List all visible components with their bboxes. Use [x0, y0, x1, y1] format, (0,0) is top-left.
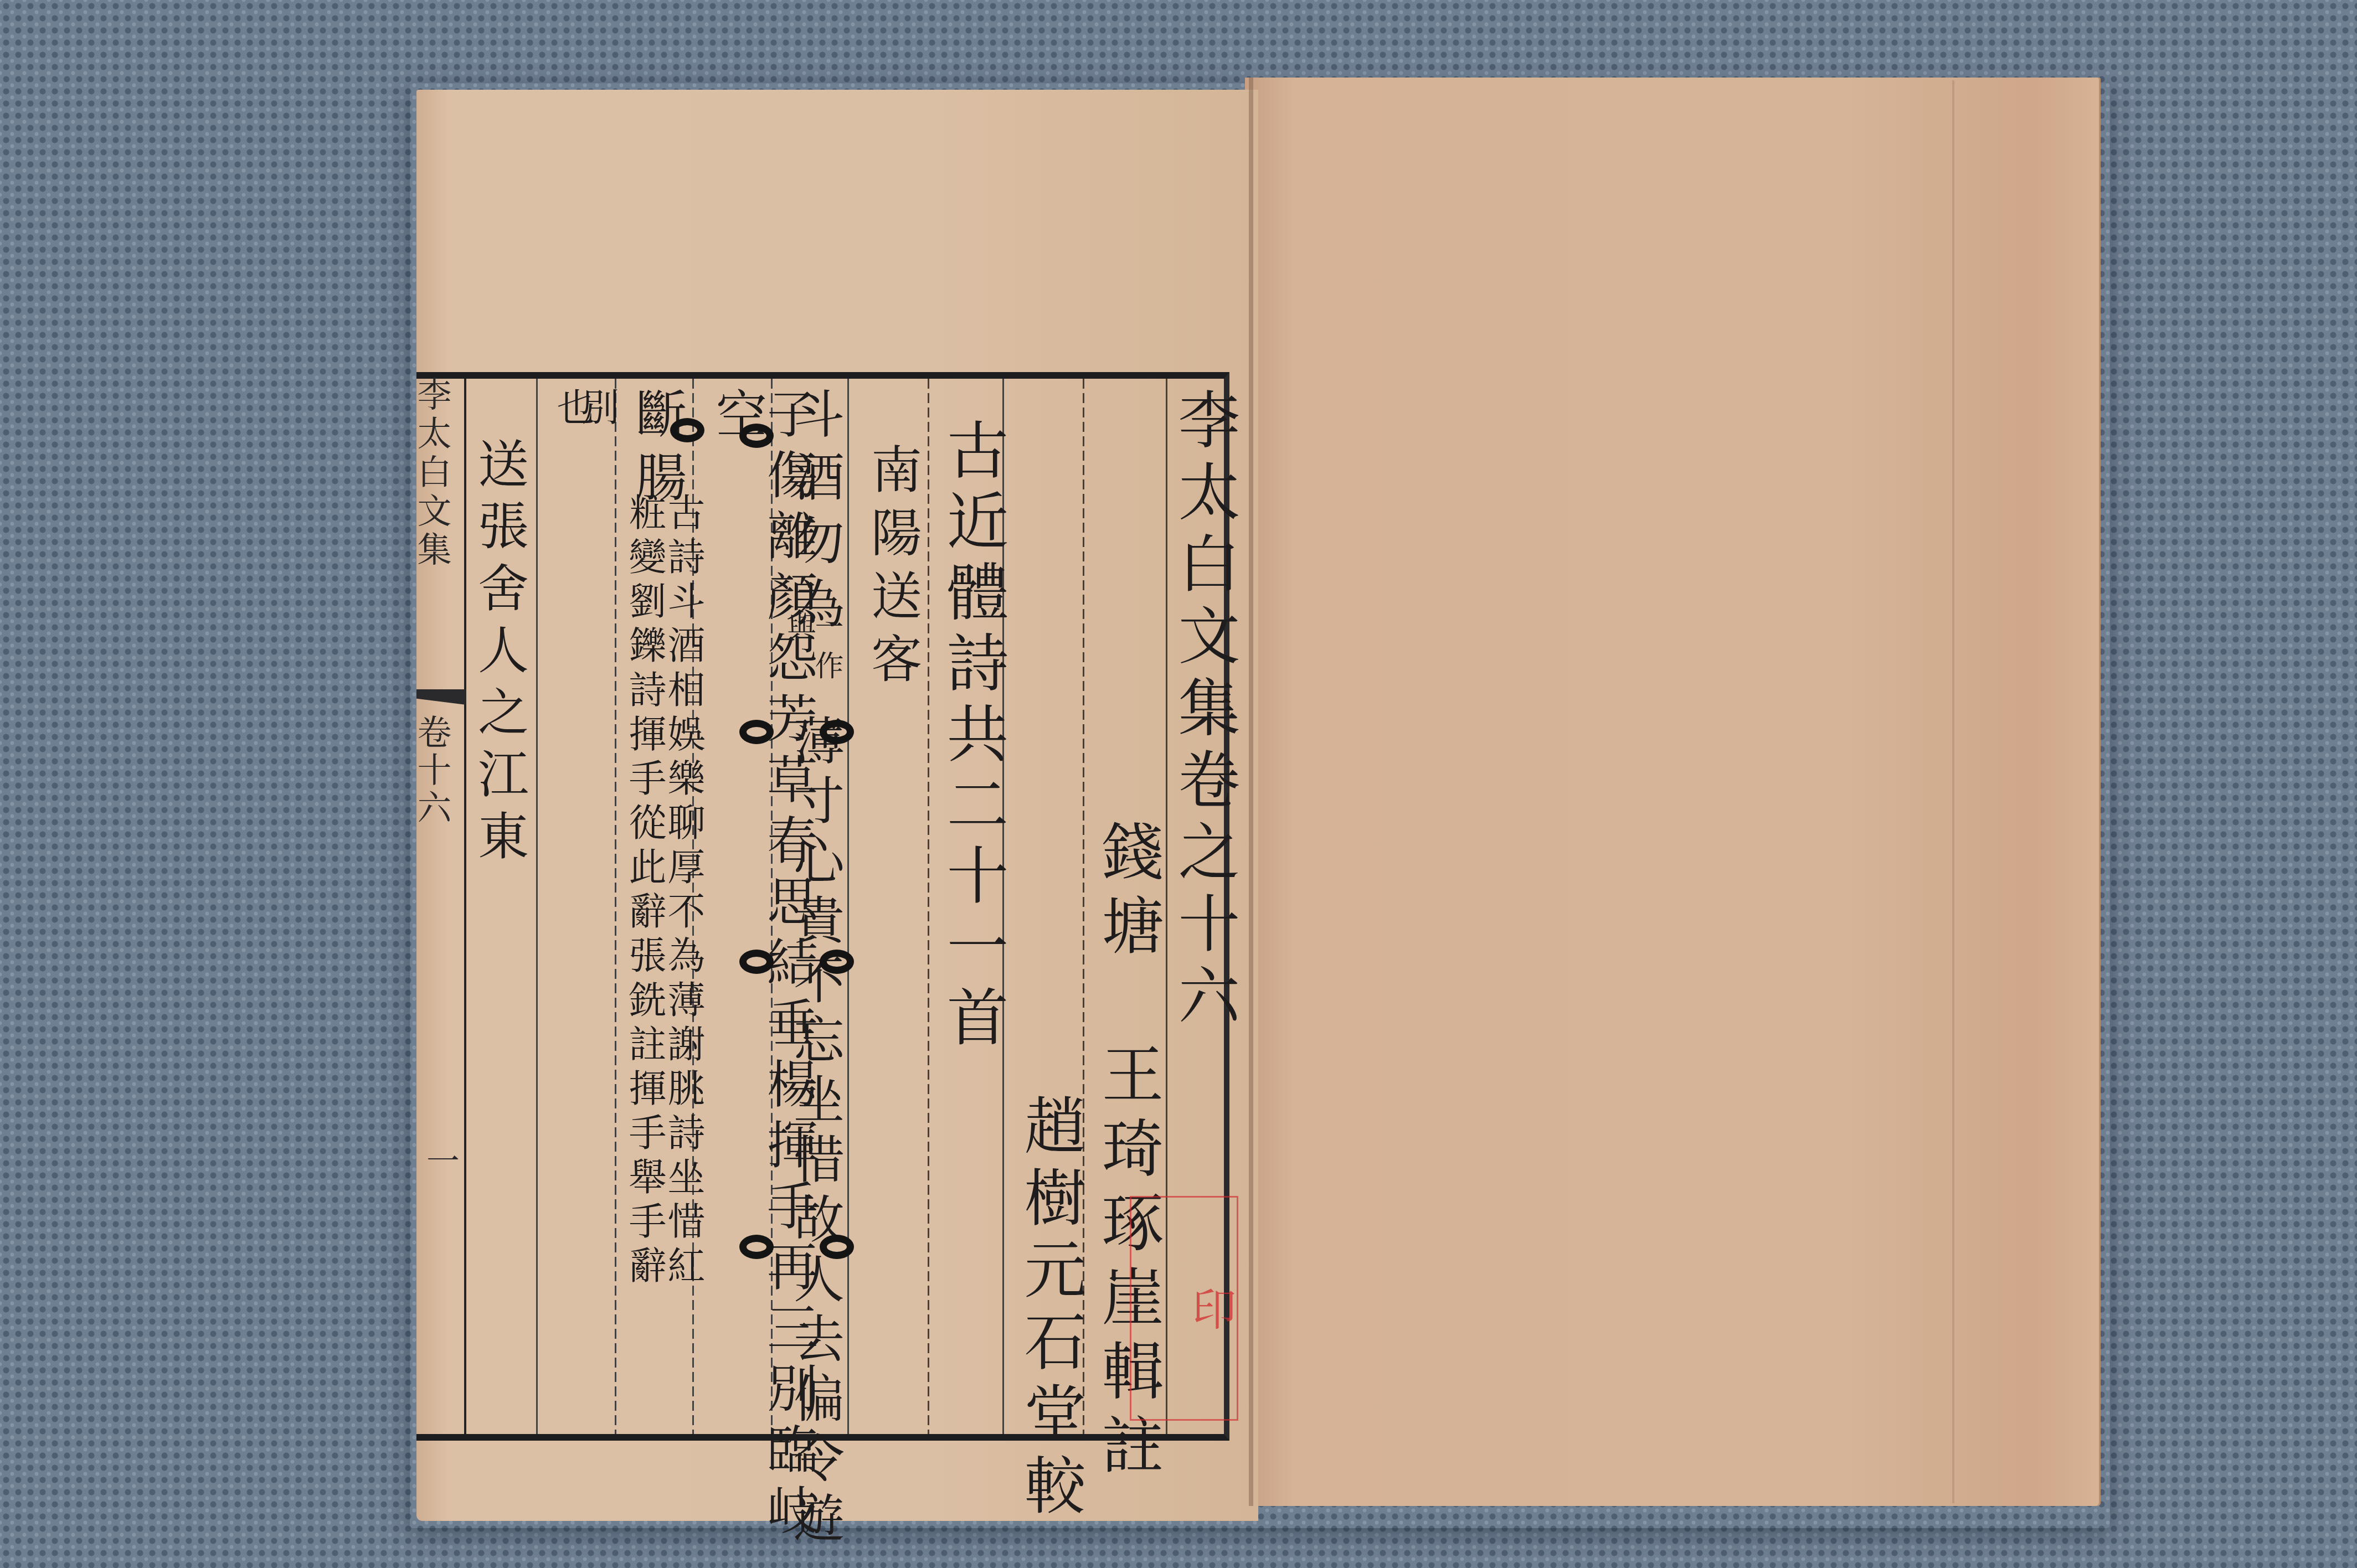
punctuation-circle: [739, 950, 774, 974]
book-gutter: [1249, 78, 1253, 1506]
fold-border-line: [464, 379, 466, 1434]
red-collector-seal: 印: [1130, 1196, 1238, 1421]
column-divider: [536, 379, 538, 1434]
fold-volume: 卷十六: [416, 714, 456, 827]
punctuation-circle: [820, 720, 854, 744]
poem-title: 南陽送客: [867, 443, 918, 695]
poem-line-2: 子傷離顏怨芳草春思結垂楊揮手再三別臨岐空: [712, 388, 814, 1568]
column-divider: [928, 379, 929, 1434]
punctuation-circle: [670, 418, 704, 442]
fold-book-title: 李太白文集: [416, 376, 456, 570]
punctuation-circle: [820, 1235, 854, 1259]
punctuation-circle: [739, 424, 774, 448]
column-divider: [615, 379, 616, 1434]
fold-page-number: 一: [426, 1135, 460, 1183]
punctuation-circle: [820, 950, 854, 974]
commentary-left: 粧變劉鑠詩揮手從此辭張銑註揮手舉手辭: [617, 493, 671, 1290]
right-page-fold: [1952, 80, 1954, 1503]
next-poem-title: 送張舍人之江東: [474, 437, 524, 871]
section-heading-column: 古近體詩共二十一首: [941, 418, 1003, 1056]
right-blank-page: [1245, 78, 2101, 1506]
column-divider: [847, 379, 849, 1434]
book-title-column: 李太白文集卷之十六: [1173, 388, 1235, 1035]
commentary-end-left: 也: [545, 388, 599, 425]
punctuation-circle: [739, 720, 774, 744]
punctuation-circle: [739, 1235, 774, 1259]
proofreader-column: 趙樹元石堂較: [1019, 1094, 1081, 1525]
